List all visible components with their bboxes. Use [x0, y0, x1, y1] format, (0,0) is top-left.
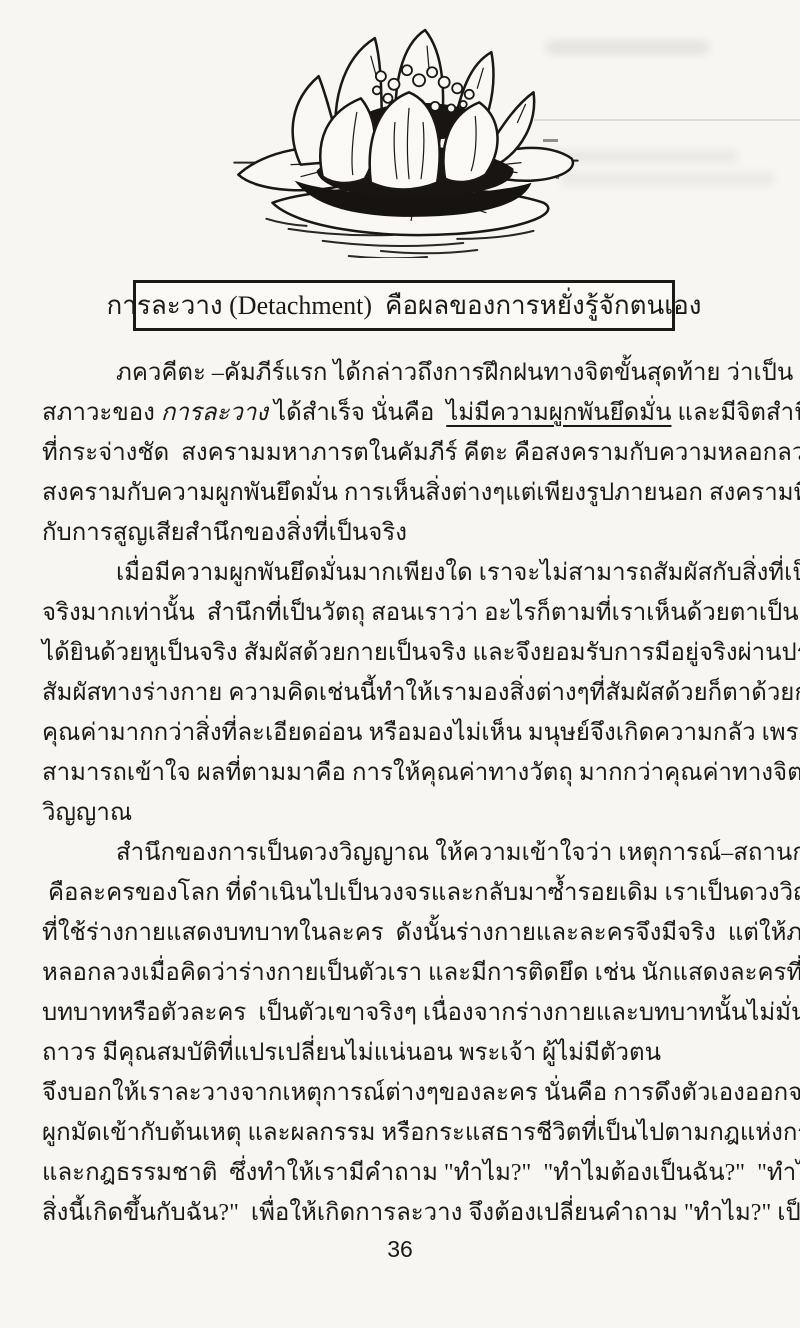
title-box: การละวาง (Detachment) คือผลของการหยั่งรู… — [133, 280, 675, 331]
lotus-illustration — [230, 12, 582, 258]
text-segment: ถาวร มีคุณสมบัติที่แปรเปลี่ยนไม่แน่นอน พ… — [42, 1040, 661, 1066]
text-line: ได้ยินด้วยหูเป็นจริง สัมผัสด้วยกายเป็นจร… — [42, 633, 768, 673]
text-line: สภาวะของ การละวาง ได้สำเร็จ นั่นคือ ไม่ม… — [42, 393, 768, 433]
text-segment: ได้สำเร็จ นั่นคือ — [268, 400, 446, 426]
text-segment: วิญญาณ — [42, 800, 132, 826]
body-text: ภควคีตะ –คัมภีร์แรก ได้กล่าวถึงการฝึกฝนท… — [42, 353, 768, 1233]
text-segment-underline: ไม่มีความผูกพันยึดมั่น — [446, 400, 671, 426]
text-line: ภควคีตะ –คัมภีร์แรก ได้กล่าวถึงการฝึกฝนท… — [42, 353, 768, 393]
text-line: กับการสูญเสียสำนึกของสิ่งที่เป็นจริง — [42, 513, 768, 553]
text-segment: ที่ใช้ร่างกายแสดงบทบาทในละคร ดังนั้นร่าง… — [42, 920, 800, 946]
text-line: สำนึกของการเป็นดวงวิญญาณ ให้ความเข้าใจว่… — [42, 833, 768, 873]
text-segment: สามารถเข้าใจ ผลที่ตามมาคือ การให้คุณค่าท… — [42, 760, 800, 786]
text-line: คือละครของโลก ที่ดำเนินไปเป็นวงจรและกลับ… — [42, 873, 768, 913]
text-segment: สภาวะของ — [42, 400, 161, 426]
text-segment: บทบาทหรือตัวละคร เป็นตัวเขาจริงๆ เนื่องจ… — [42, 1000, 800, 1026]
text-segment: หลอกลวงเมื่อคิดว่าร่างกายเป็นตัวเรา และม… — [42, 960, 800, 986]
page-number: 36 — [0, 1236, 800, 1263]
text-segment: สิ่งนี้เกิดขึ้นกับฉัน?" เพื่อให้เกิดการล… — [42, 1200, 800, 1226]
text-line: สามารถเข้าใจ ผลที่ตามมาคือ การให้คุณค่าท… — [42, 753, 768, 793]
text-line: วิญญาณ — [42, 793, 768, 833]
paragraph: ภควคีตะ –คัมภีร์แรก ได้กล่าวถึงการฝึกฝนท… — [42, 353, 768, 553]
text-segment: จริงมากเท่านั้น สำนึกที่เป็นวัตถุ สอนเรา… — [42, 600, 800, 626]
text-line: สิ่งนี้เกิดขึ้นกับฉัน?" เพื่อให้เกิดการล… — [42, 1193, 768, 1233]
text-segment: ผูกมัดเข้ากับต้นเหตุ และผลกรรม หรือกระแส… — [42, 1120, 800, 1146]
text-segment: ภควคีตะ –คัมภีร์แรก ได้กล่าวถึงการฝึกฝนท… — [116, 360, 793, 386]
text-segment: สำนึกของการเป็นดวงวิญญาณ ให้ความเข้าใจว่… — [116, 840, 800, 866]
text-line: สงครามกับความผูกพันยึดมั่น การเห็นสิ่งต่… — [42, 473, 768, 513]
text-line: และกฎธรรมชาติ ซึ่งทำให้เรามีคำถาม "ทำไม?… — [42, 1153, 768, 1193]
text-segment: กับการสูญเสียสำนึกของสิ่งที่เป็นจริง — [42, 520, 407, 546]
text-segment: คือละครของโลก ที่ดำเนินไปเป็นวงจรและกลับ… — [42, 880, 800, 906]
text-line: ถาวร มีคุณสมบัติที่แปรเปลี่ยนไม่แน่นอน พ… — [42, 1033, 768, 1073]
text-line: ที่ใช้ร่างกายแสดงบทบาทในละคร ดังนั้นร่าง… — [42, 913, 768, 953]
paragraph: เมื่อมีความผูกพันยึดมั่นมากเพียงใด เราจะ… — [42, 553, 768, 833]
scan-artifact — [560, 172, 775, 186]
text-segment: ที่กระจ่างชัด สงครามมหาภารตในคัมภีร์ คีต… — [42, 440, 800, 466]
text-segment: และกฎธรรมชาติ ซึ่งทำให้เรามีคำถาม "ทำไม?… — [42, 1160, 800, 1186]
text-segment: ได้ยินด้วยหูเป็นจริง สัมผัสด้วยกายเป็นจร… — [42, 640, 800, 666]
text-segment: สงครามกับความผูกพันยึดมั่น การเห็นสิ่งต่… — [42, 480, 800, 506]
text-line: คุณค่ามากกว่าสิ่งที่ละเอียดอ่อน หรือมองไ… — [42, 713, 768, 753]
text-line: บทบาทหรือตัวละคร เป็นตัวเขาจริงๆ เนื่องจ… — [42, 993, 768, 1033]
text-line: หลอกลวงเมื่อคิดว่าร่างกายเป็นตัวเรา และม… — [42, 953, 768, 993]
scanned-book-page: การละวาง (Detachment) คือผลของการหยั่งรู… — [0, 0, 800, 1328]
text-line: เมื่อมีความผูกพันยึดมั่นมากเพียงใด เราจะ… — [42, 553, 768, 593]
text-segment: เมื่อมีความผูกพันยึดมั่นมากเพียงใด เราจะ… — [116, 560, 800, 586]
page-title: การละวาง (Detachment) คือผลของการหยั่งรู… — [107, 285, 702, 326]
text-line: สัมผัสทางร่างกาย ความคิดเช่นนี้ทำให้เราม… — [42, 673, 768, 713]
text-line: จึงบอกให้เราละวางจากเหตุการณ์ต่างๆของละค… — [42, 1073, 768, 1113]
text-segment: จึงบอกให้เราละวางจากเหตุการณ์ต่างๆของละค… — [42, 1080, 800, 1106]
paragraph: สำนึกของการเป็นดวงวิญญาณ ให้ความเข้าใจว่… — [42, 833, 768, 1233]
text-line: จริงมากเท่านั้น สำนึกที่เป็นวัตถุ สอนเรา… — [42, 593, 768, 633]
text-line: ที่กระจ่างชัด สงครามมหาภารตในคัมภีร์ คีต… — [42, 433, 768, 473]
text-line: ผูกมัดเข้ากับต้นเหตุ และผลกรรม หรือกระแส… — [42, 1113, 768, 1153]
text-segment: และมีจิตสำนึก — [671, 400, 800, 426]
text-segment: คุณค่ามากกว่าสิ่งที่ละเอียดอ่อน หรือมองไ… — [42, 720, 800, 746]
text-segment-italic: การละวาง — [161, 400, 268, 426]
text-segment: สัมผัสทางร่างกาย ความคิดเช่นนี้ทำให้เราม… — [42, 680, 800, 706]
